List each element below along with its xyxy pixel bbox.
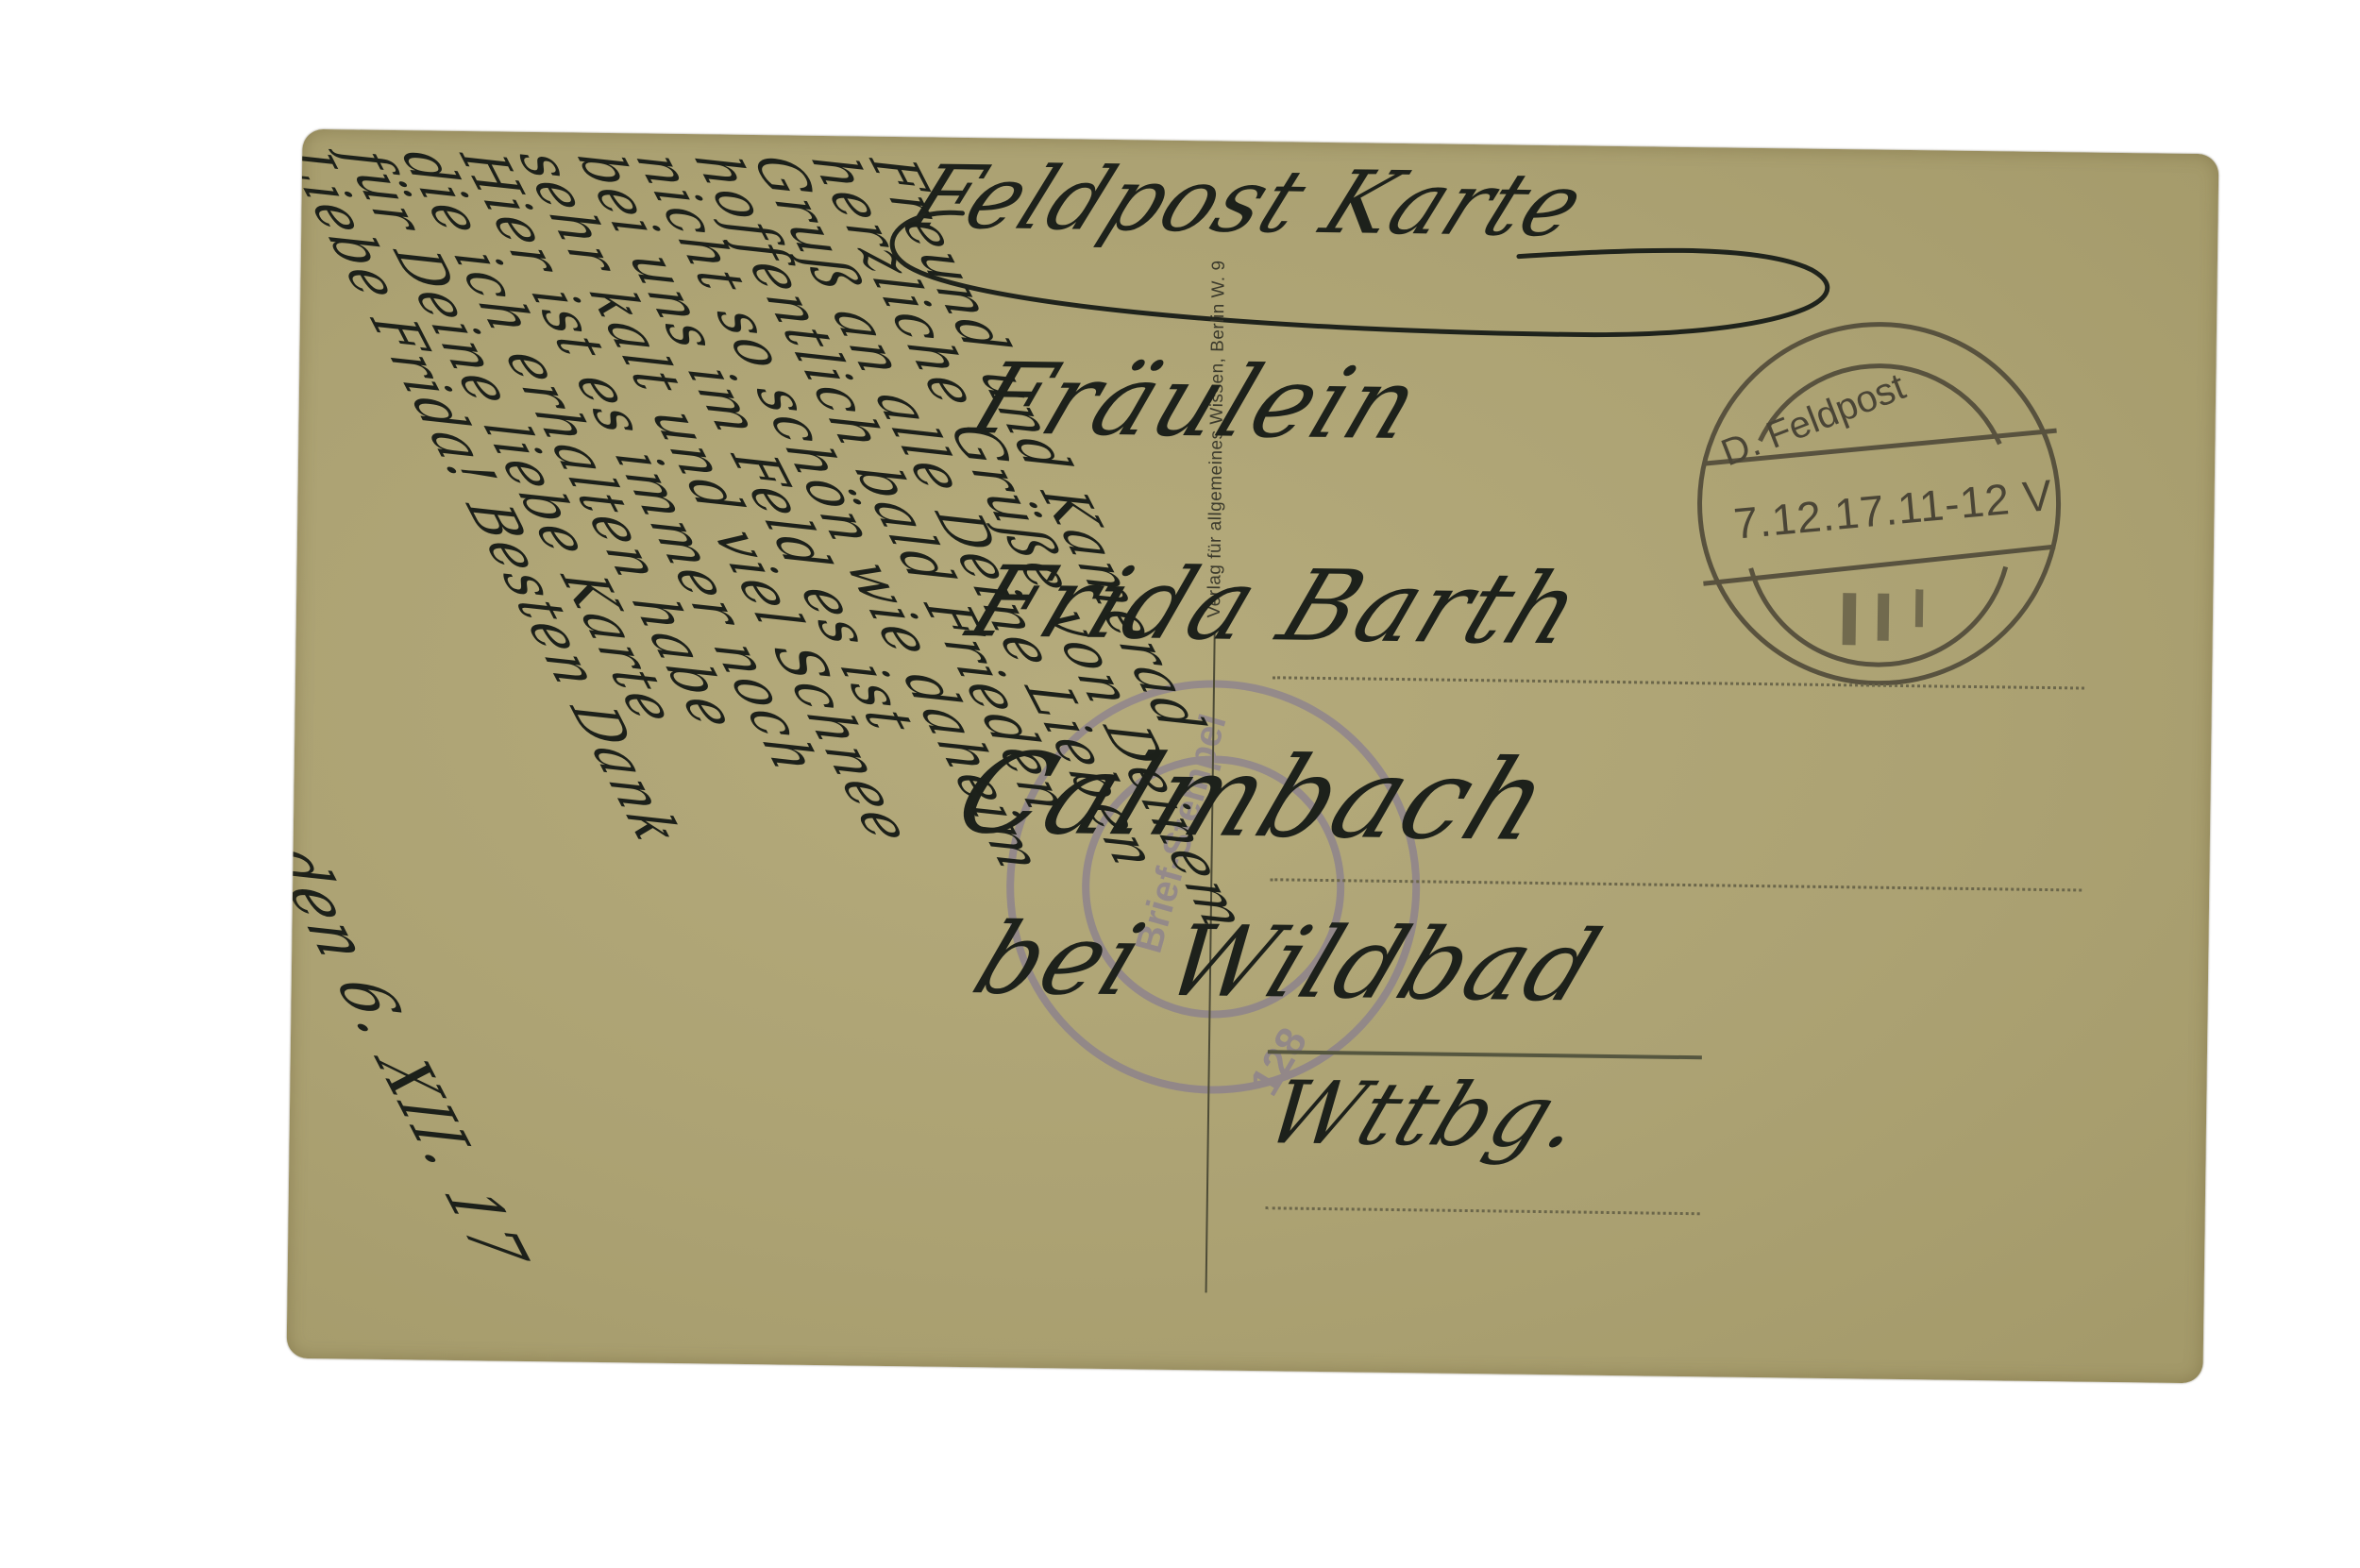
postmark-date: 7.12.17.11-12 V [1731, 470, 2054, 548]
address-line-5: Wttbg. [1253, 1063, 1600, 1168]
message-date: den 6. XII. 17 [287, 847, 546, 1266]
postmark: D. Feldpost 7.12.17.11-12 V [1683, 308, 2075, 700]
postcard: Feldpost Karte D. Feldpost 7.12.17.11-12… [287, 129, 2219, 1383]
handwritten-message: Liebe Frida! Besten Dankfür Deine liebe … [287, 129, 1247, 1371]
